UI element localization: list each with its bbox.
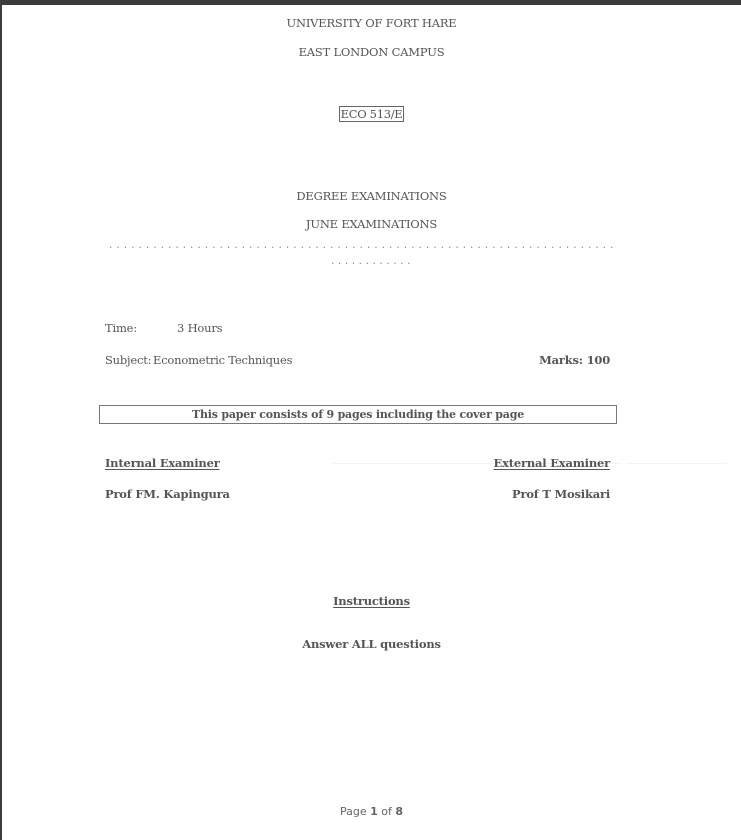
page-of-label: of <box>378 805 396 818</box>
current-page-number: 1 <box>370 805 378 818</box>
instructions-heading: Instructions <box>2 594 741 608</box>
course-code-container: ECO 513/E <box>2 103 741 122</box>
total-pages-number: 8 <box>395 805 403 818</box>
internal-examiner-label: Internal Examiner <box>105 456 220 470</box>
exam-type: DEGREE EXAMINATIONS <box>2 189 741 203</box>
exam-session: JUNE EXAMINATIONS <box>2 217 741 231</box>
page-footer: Page 1 of 8 <box>2 805 741 818</box>
document-page: UNIVERSITY OF FORT HARE EAST LONDON CAMP… <box>2 5 741 840</box>
university-name: UNIVERSITY OF FORT HARE <box>2 16 741 30</box>
scan-artifact <box>627 463 727 464</box>
subject-label: Subject: <box>105 353 151 367</box>
page-prefix: Page <box>340 805 370 818</box>
instructions-text: Answer ALL questions <box>2 637 741 651</box>
marks-label: Marks: 100 <box>539 353 610 367</box>
course-code: ECO 513/E <box>339 106 405 122</box>
pages-notice: This paper consists of 9 pages including… <box>99 405 617 424</box>
time-value: 3 Hours <box>177 321 222 335</box>
campus-name: EAST LONDON CAMPUS <box>2 45 741 59</box>
subject-value: Econometric Techniques <box>153 353 292 367</box>
internal-examiner-name: Prof FM. Kapingura <box>105 487 230 501</box>
external-examiner-name: Prof T Mosikari <box>512 487 610 501</box>
external-examiner-label: External Examiner <box>494 456 610 470</box>
dotted-separator: ........................................… <box>108 241 614 251</box>
dotted-separator-continued: ............ <box>2 257 741 267</box>
time-label: Time: <box>105 321 137 335</box>
document-viewer: UNIVERSITY OF FORT HARE EAST LONDON CAMP… <box>0 0 741 840</box>
